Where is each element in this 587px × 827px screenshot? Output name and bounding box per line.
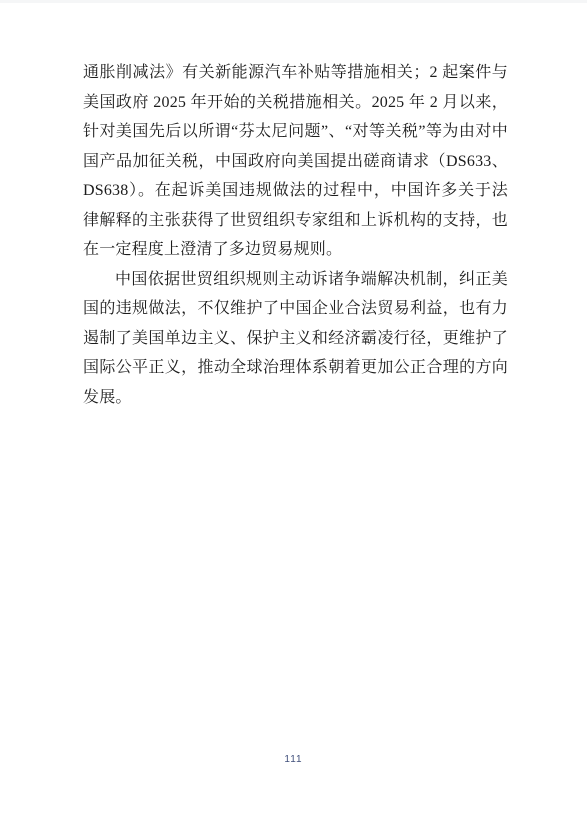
paragraph-continuation: 通胀削减法》有关新能源汽车补贴等措施相关；2 起案件与 美国政府 2025 年开… — [83, 58, 508, 265]
text-line: 遏制了美国单边主义、保护主义和经济霸凌行径，更维护了 — [83, 324, 508, 354]
text-line: 通胀削减法》有关新能源汽车补贴等措施相关；2 起案件与 — [83, 58, 508, 88]
text-line: 针对美国先后以所谓“芬太尼问题”、“对等关税”等为由对中 — [83, 117, 508, 147]
page-footer: 111 — [0, 749, 587, 767]
paragraph-2: 中国依据世贸组织规则主动诉诸争端解决机制，纠正美 国的违规做法，不仅维护了中国企… — [83, 265, 508, 413]
text-line: 发展。 — [83, 383, 508, 413]
text-line: 国的违规做法，不仅维护了中国企业合法贸易利益，也有力 — [83, 294, 508, 324]
text-line: 国际公平正义，推动全球治理体系朝着更加公正合理的方向 — [83, 353, 508, 383]
body-text: 通胀削减法》有关新能源汽车补贴等措施相关；2 起案件与 美国政府 2025 年开… — [83, 58, 508, 412]
text-line: 在一定程度上澄清了多边贸易规则。 — [83, 235, 508, 265]
text-line: 美国政府 2025 年开始的关税措施相关。2025 年 2 月以来， — [83, 88, 508, 118]
document-page: 通胀削减法》有关新能源汽车补贴等措施相关；2 起案件与 美国政府 2025 年开… — [0, 0, 587, 827]
text-line: 国产品加征关税，中国政府向美国提出磋商请求（DS633、 — [83, 147, 508, 177]
text-line: 中国依据世贸组织规则主动诉诸争端解决机制，纠正美 — [83, 265, 508, 295]
page-number: 111 — [284, 754, 302, 765]
text-line: 律解释的主张获得了世贸组织专家组和上诉机构的支持，也 — [83, 206, 508, 236]
text-line: DS638）。在起诉美国违规做法的过程中，中国许多关于法 — [83, 176, 508, 206]
